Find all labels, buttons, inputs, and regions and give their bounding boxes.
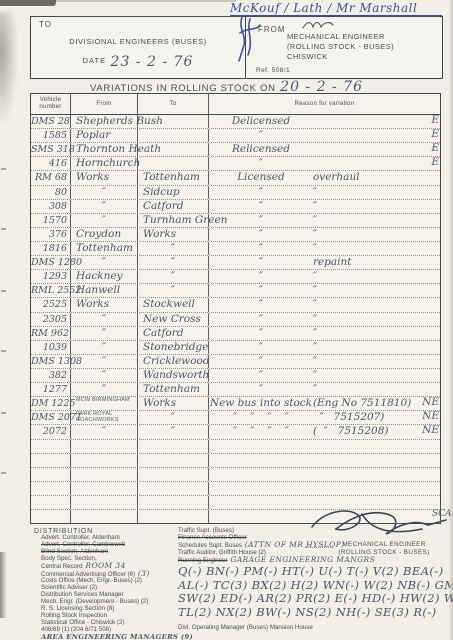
to-cell: [138, 157, 209, 170]
to-cell: ″: [138, 411, 209, 424]
vehicle-number-cell: 376: [31, 228, 71, 241]
stock-flag: E: [431, 114, 439, 127]
table-row: DMS 28Shepherds BushDelicensedE: [31, 115, 440, 129]
scan-tick: [1, 290, 6, 292]
vehicle-number-cell: 2072: [31, 425, 71, 438]
garage-code-line: Q(-) BN(-) PM(-) HT(-) U(-) T(-) V(2) BE…: [178, 565, 448, 579]
from-cell: [71, 496, 138, 509]
table-row: RML 2552Hanwell″″″: [31, 284, 440, 298]
to-cell: [138, 143, 209, 156]
stock-flag: NE: [422, 410, 439, 423]
signature-caption-line2: (ROLLING STOCK - BUSES): [318, 549, 450, 557]
vehicle-number-cell: 382: [31, 369, 71, 382]
vehicle-number-cell: [31, 510, 71, 523]
reason-cell: ″″: [209, 369, 440, 382]
table-row: 1039″Stonebridge″″: [31, 341, 440, 355]
table-row: 382″Wandsworth″″: [31, 369, 440, 383]
reason-cell: ″ ″ ″ ″ ″ 7515207)NE: [209, 411, 440, 424]
vehicle-number-cell: SMS 318: [31, 143, 71, 156]
distribution-section: DISTRIBUTION Advert. Controller, Aldenha…: [34, 528, 176, 640]
to-cell: Tottenham: [138, 171, 209, 184]
from-cell: PARK ROYAL COACHWORKS: [71, 411, 138, 424]
from-line3: CHISWICK: [287, 52, 394, 62]
scan-artifact-top: [0, 0, 56, 6]
reason-cell: ″E: [209, 157, 440, 170]
to-cell: Cricklewood: [138, 355, 209, 368]
vehicle-number-cell: DM 1225: [31, 397, 71, 410]
to-cell: [138, 129, 209, 142]
scan-tick: [1, 472, 6, 474]
reason-cell: ″″: [209, 355, 440, 368]
to-cell: New Cross: [138, 313, 209, 326]
reason-cell: [209, 454, 440, 467]
vehicle-number-cell: RML 2552: [31, 284, 71, 297]
from-cell: Hanwell: [71, 284, 138, 297]
vehicle-number-cell: RM 962: [31, 327, 71, 340]
garage-code-line: SW(2) ED(-) AR(2) PR(2) E(-) HD(-) HW(2)…: [178, 592, 448, 606]
to-cell: Wandsworth: [138, 369, 209, 382]
reason-cell: ″″: [209, 341, 440, 354]
vehicle-number-cell: 2525: [31, 298, 71, 311]
to-cell: [138, 440, 209, 453]
to-cell: [138, 510, 209, 523]
signature-caption: MECHANICAL ENGINEER (ROLLING STOCK - BUS…: [318, 541, 450, 557]
to-cell: Stonebridge: [138, 341, 209, 354]
scan-tick: [1, 168, 6, 170]
reason-cell: [209, 440, 440, 453]
to-cell: Turnham Green: [138, 214, 209, 227]
header-from-section: FROM MECHANICAL ENGINEER (ROLLING STOCK …: [246, 17, 442, 78]
to-cell: Stockwell: [138, 298, 209, 311]
table-row-empty: [31, 468, 440, 482]
vehicle-number-cell: [31, 482, 71, 495]
reason-cell: ″″: [209, 383, 440, 396]
table-body: DMS 28Shepherds BushDelicensedE1585Popla…: [31, 115, 440, 523]
stock-flag: NE: [422, 424, 439, 437]
vehicle-number-cell: 1039: [31, 341, 71, 354]
reason-cell: ″″: [209, 200, 440, 213]
from-cell: ″: [71, 186, 138, 199]
distribution-item-handwritten-note: ROOM 34: [83, 561, 126, 570]
ref-number: Ref. 508/1: [256, 67, 290, 74]
garage-code-line: TL(2) NX(2) BW(-) NS(2) NH(-) SE(3) R(-): [178, 606, 448, 620]
vehicle-number-cell: 416: [31, 157, 71, 170]
from-cell: ″: [71, 383, 138, 396]
reason-cell: ″″: [209, 298, 440, 311]
to-cell: [138, 454, 209, 467]
to-label: TO: [39, 20, 52, 29]
table-row: 80″Sidcup″″: [31, 186, 440, 200]
to-cell: ″: [138, 270, 209, 283]
scan-artifact-bottom-left: [0, 552, 7, 618]
from-label: FROM: [258, 25, 286, 34]
date-line: DATE 23 - 2 - 76: [31, 53, 245, 71]
from-address: MECHANICAL ENGINEER (ROLLING STOCK - BUS…: [287, 32, 394, 62]
from-cell: [71, 454, 138, 467]
table-row: 2305″New Cross″″: [31, 313, 440, 327]
date-label: DATE: [83, 56, 106, 65]
table-row-empty: [31, 440, 440, 454]
to-cell: ″: [138, 242, 209, 255]
scan-tick: [1, 412, 6, 414]
scan-tick: [1, 228, 6, 230]
table-row: DMS 1308″Cricklewood″″: [31, 355, 440, 369]
reason-cell: ″″: [209, 186, 440, 199]
reason-cell: Licensedoverhaul: [209, 171, 440, 184]
table-row: SMS 318Thornton HeathRelicensedE: [31, 143, 440, 157]
to-cell: [138, 115, 209, 128]
from-cell: ″: [71, 256, 138, 269]
from-cell: ″: [71, 200, 138, 213]
distribution-item-handwritten-note: (3): [135, 569, 150, 578]
to-cell: [138, 468, 209, 481]
vehicle-number-cell: [31, 468, 71, 481]
from-cell: [71, 482, 138, 495]
vehicle-number-cell: RM 68: [31, 171, 71, 184]
col-header-from: From: [71, 94, 138, 114]
ink-scribble-icon: [234, 13, 264, 70]
to-cell: [138, 482, 209, 495]
distribution-list: Advert. Controller, AldenhamAdvert. Cont…: [34, 535, 176, 640]
table-row: 416Hornchurch″E: [31, 157, 440, 171]
to-cell: Sidcup: [138, 186, 209, 199]
table-row: 1816Tottenham″″″: [31, 242, 440, 256]
to-cell: Tottenham: [138, 383, 209, 396]
reason-cell: ″″: [209, 270, 440, 283]
vehicle-number-cell: DMS 1280: [31, 256, 71, 269]
from-cell: ″: [71, 355, 138, 368]
from-cell: ″: [71, 369, 138, 382]
table-row-empty: [31, 454, 440, 468]
from-cell: MCW BIRMINGHAM: [71, 397, 138, 410]
reason-cell: ″″: [209, 242, 440, 255]
reason-cell: ″″: [209, 284, 440, 297]
from-cell: Hornchurch: [71, 157, 138, 170]
reason-cell: New bus into stock(Eng No 7511810)NE: [209, 397, 440, 410]
to-cell: Works: [138, 228, 209, 241]
date-handwritten: 23 - 2 - 76: [111, 54, 194, 70]
header-to-section: TO DIVISIONAL ENGINEERS (BUSES) DATE 23 …: [31, 17, 246, 78]
to-cell: ″: [138, 256, 209, 269]
reason-cell: ″E: [209, 129, 440, 142]
table-row-empty: [31, 482, 440, 496]
from-cell: Works: [71, 298, 138, 311]
table-header-row: Vehicle number From To Reason for variat…: [31, 94, 440, 115]
from-cell: Works: [71, 171, 138, 184]
scan-artifact-smudge: [0, 12, 18, 127]
table-row: 1277″Tottenham″″: [31, 383, 440, 397]
table-row: DMS 2071PARK ROYAL COACHWORKS″″ ″ ″ ″ ″ …: [31, 411, 440, 425]
from-cell: ″: [71, 327, 138, 340]
reason-cell: ″″: [209, 214, 440, 227]
from-cell: ″: [71, 425, 138, 438]
from-cell: Croydon: [71, 228, 138, 241]
table-row: RM 68WorksTottenhamLicensedoverhaul: [31, 171, 440, 185]
bottom-recipient-line: Divl. Operating Manager (Buses) Mansion …: [178, 624, 313, 631]
table-row: DMS 1280″″″repaint: [31, 256, 440, 270]
reason-cell: ″″: [209, 228, 440, 241]
from-cell: ″: [71, 214, 138, 227]
from-cell: Tottenham: [71, 242, 138, 255]
stock-flag: NE: [422, 396, 439, 409]
vehicle-number-cell: 1816: [31, 242, 71, 255]
reason-cell: ″repaint: [209, 256, 440, 269]
table-row: RM 962″Catford″″: [31, 327, 440, 341]
variations-table: Vehicle number From To Reason for variat…: [30, 93, 441, 524]
table-row: 1293Hackney″″″: [31, 270, 440, 284]
signature-scrawl-icon: [302, 505, 452, 545]
table-row: 2525WorksStockwell″″: [31, 298, 440, 312]
to-cell: Catford: [138, 200, 209, 213]
to-cell: ″: [138, 425, 209, 438]
stock-flag: E: [431, 142, 439, 155]
garage-code-line: AL(-) TC(3) BX(2) H(2) WN(-) W(2) NB(-) …: [178, 579, 448, 593]
table-row: DM 1225MCW BIRMINGHAMWorksNew bus into s…: [31, 397, 440, 411]
table-row: 308″Catford″″: [31, 200, 440, 214]
to-cell: ″: [138, 284, 209, 297]
from-cell: [71, 468, 138, 481]
sca-initials: SCA: [432, 509, 452, 519]
stock-flag: E: [431, 128, 439, 141]
signature-caption-line1: MECHANICAL ENGINEER: [318, 541, 450, 549]
scan-artifact-top2: [56, 0, 236, 2]
table-row: 376CroydonWorks″″: [31, 228, 440, 242]
vehicle-number-cell: [31, 454, 71, 467]
vehicle-number-cell: 1585: [31, 129, 71, 142]
to-cell: Catford: [138, 327, 209, 340]
vehicle-number-cell: 1277: [31, 383, 71, 396]
reason-cell: ″″: [209, 327, 440, 340]
vehicle-number-cell: [31, 496, 71, 509]
from-line2: (ROLLING STOCK - BUSES): [287, 42, 394, 52]
from-cell: Hackney: [71, 270, 138, 283]
reason-cell: [209, 468, 440, 481]
table-row: 2072″″″ ″ ″ ″( ″ 7515208)NE: [31, 425, 440, 439]
vehicle-number-cell: 1293: [31, 270, 71, 283]
garage-codes: Q(-) BN(-) PM(-) HT(-) U(-) T(-) V(2) BE…: [178, 565, 448, 619]
table-row: 1570″Turnham Green″″: [31, 214, 440, 228]
from-line1: MECHANICAL ENGINEER: [287, 32, 394, 42]
vehicle-number-cell: 80: [31, 186, 71, 199]
vehicle-number-cell: 1570: [31, 214, 71, 227]
vehicle-number-cell: 308: [31, 200, 71, 213]
table-row: 1585Poplar″E: [31, 129, 440, 143]
scan-tick: [1, 350, 6, 352]
reason-cell: [209, 482, 440, 495]
col-header-reason: Reason for variation: [209, 94, 440, 114]
from-cell: Poplar: [71, 129, 138, 142]
distribution-item: Central Record ROOM 34: [34, 563, 176, 571]
from-cell: [71, 440, 138, 453]
stock-flag: E: [431, 156, 439, 169]
vehicle-number-cell: DMS 2071: [31, 411, 71, 424]
from-cell: Shepherds Bush: [71, 115, 138, 128]
reason-cell: ″″: [209, 313, 440, 326]
reason-cell: DelicensedE: [209, 115, 440, 128]
reason-cell: RelicensedE: [209, 143, 440, 156]
from-cell: [71, 510, 138, 523]
col-header-to: To: [138, 94, 209, 114]
distribution-item: AREA ENGINEERING MANAGERS (9): [34, 634, 176, 640]
to-cell: Works: [138, 397, 209, 410]
reason-cell: ″ ″ ″ ″( ″ 7515208)NE: [209, 425, 440, 438]
to-cell: [138, 496, 209, 509]
form-header-box: TO DIVISIONAL ENGINEERS (BUSES) DATE 23 …: [30, 16, 443, 79]
from-cell: Thornton Heath: [71, 143, 138, 156]
vehicle-number-cell: [31, 440, 71, 453]
to-addressee: DIVISIONAL ENGINEERS (BUSES): [31, 37, 245, 46]
col-header-vehicle: Vehicle number: [31, 94, 71, 114]
from-cell: ″: [71, 313, 138, 326]
vehicle-number-cell: DMS 1308: [31, 355, 71, 368]
vehicle-number-cell: 2305: [31, 313, 71, 326]
vehicle-number-cell: DMS 28: [31, 115, 71, 128]
from-cell: ″: [71, 341, 138, 354]
